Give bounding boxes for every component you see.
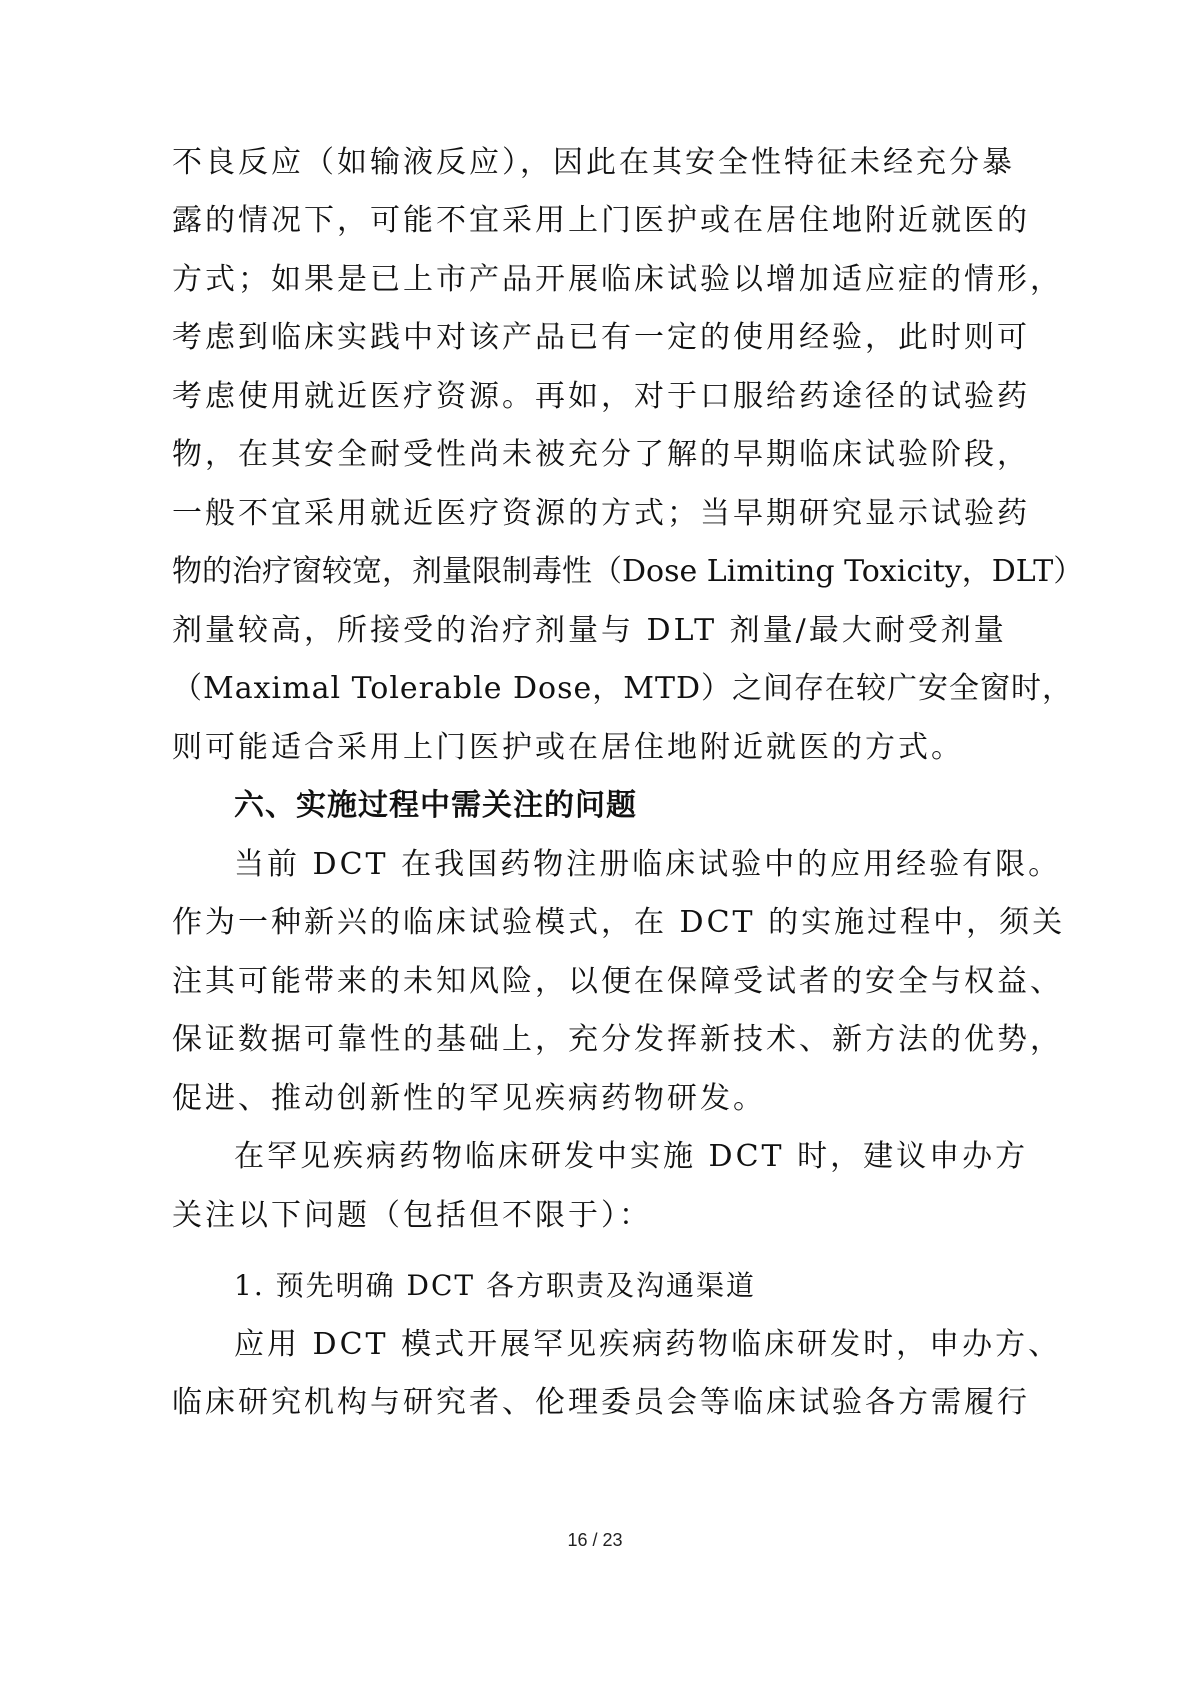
text-line: （Maximal Tolerable Dose，MTD）之间存在较广安全窗时， xyxy=(172,669,952,709)
text-line: 作为一种新兴的临床试验模式，在 DCT 的实施过程中，须关 xyxy=(172,903,952,943)
text-line: 促进、推动创新性的罕见疾病药物研发。 xyxy=(172,1079,952,1119)
text-line: 露的情况下，可能不宜采用上门医护或在居住地附近就医的 xyxy=(172,201,952,241)
text-line: 在罕见疾病药物临床研发中实施 DCT 时，建议申办方 xyxy=(234,1137,952,1177)
text-line: 应用 DCT 模式开展罕见疾病药物临床研发时，申办方、 xyxy=(234,1325,952,1365)
text-line: 注其可能带来的未知风险，以便在保障受试者的安全与权益、 xyxy=(172,962,952,1002)
text-line: 关注以下问题（包括但不限于）： xyxy=(172,1196,952,1236)
text-line: 临床研究机构与研究者、伦理委员会等临床试验各方需履行 xyxy=(172,1383,952,1423)
document-page: 不良反应（如输液反应），因此在其安全性特征未经充分暴 露的情况下，可能不宜采用上… xyxy=(0,0,1190,1683)
text-line: 则可能适合采用上门医护或在居住地附近就医的方式。 xyxy=(172,728,952,768)
text-line: 一般不宜采用就近医疗资源的方式；当早期研究显示试验药 xyxy=(172,494,952,534)
text-line: 方式；如果是已上市产品开展临床试验以增加适应症的情形， xyxy=(172,260,952,300)
text-line: 物，在其安全耐受性尚未被充分了解的早期临床试验阶段， xyxy=(172,435,952,475)
text-line: 保证数据可靠性的基础上，充分发挥新技术、新方法的优势， xyxy=(172,1020,952,1060)
page-number: 16 / 23 xyxy=(0,1530,1190,1551)
text-line: 不良反应（如输液反应），因此在其安全性特征未经充分暴 xyxy=(172,143,952,183)
subsection-heading: 1. 预先明确 DCT 各方职责及沟通渠道 xyxy=(234,1266,756,1306)
text-line: 物的治疗窗较宽，剂量限制毒性（Dose Limiting Toxicity，DL… xyxy=(172,552,952,592)
section-heading: 六、实施过程中需关注的问题 xyxy=(234,786,637,826)
text-line: 考虑使用就近医疗资源。再如，对于口服给药途径的试验药 xyxy=(172,377,952,417)
text-line: 剂量较高，所接受的治疗剂量与 DLT 剂量/最大耐受剂量 xyxy=(172,611,952,651)
text-line: 考虑到临床实践中对该产品已有一定的使用经验，此时则可 xyxy=(172,318,952,358)
text-line: 当前 DCT 在我国药物注册临床试验中的应用经验有限。 xyxy=(234,845,952,885)
